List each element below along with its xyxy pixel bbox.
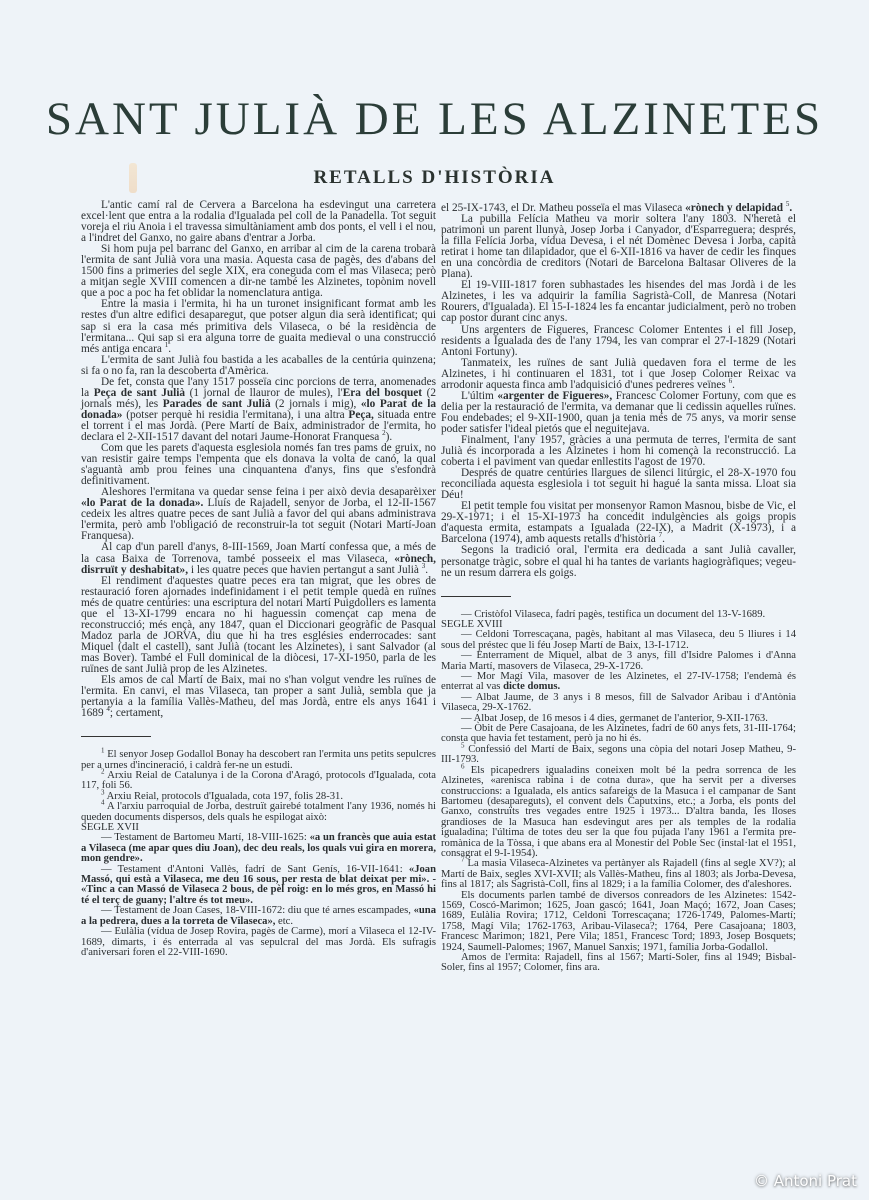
record-entry: — Òbit de Pere Casajoana, de les Alzinet… [441, 724, 796, 745]
paragraph: Al cap d'un parell d'anys, 8-III-1569, J… [81, 542, 436, 575]
footnote-divider [81, 736, 151, 737]
footnote: 5 Confessió del Martí de Baix, segons un… [441, 745, 796, 766]
footnote-divider [441, 596, 511, 597]
footnote: 7 La masia Vilaseca-Alzinetes va pertàny… [441, 859, 796, 890]
paragraph: El 19-VIII-1817 foren subhastades les hi… [441, 280, 796, 324]
record-entry: — Testament de Bartomeu Martí, 18-VIII-1… [81, 833, 436, 864]
paragraph: Segons la tradició oral, l'ermita era de… [441, 545, 796, 578]
paragraph: Els amos de cal Martí de Baix, mai no s'… [81, 675, 436, 719]
paragraph: Després de quatre centúries llargues de … [441, 468, 796, 501]
footnotes: 1 El senyor Josep Godallol Bonay ha desc… [81, 750, 436, 958]
paragraph: Uns argenters de Figueres, Francesc Colo… [441, 325, 796, 358]
left-column: L'antic camí ral de Cervera a Barcelona … [81, 200, 436, 958]
paragraph: Amos de l'ermita: Rajadell, fins al 1567… [441, 953, 796, 974]
paragraph: El rendiment d'aquestes quatre peces era… [81, 576, 436, 675]
paragraph: Si hom puja pel barranc del Ganxo, en ar… [81, 244, 436, 299]
record-entry: — Eulàlia (vídua de Josep Rovira, pagès … [81, 927, 436, 958]
footnote: 6 Els picapedrers igualadins coneixen mo… [441, 766, 796, 860]
record-entry: — Testament d'Antoni Vallès, fadrí de Sa… [81, 865, 436, 907]
footnote: 1 El senyor Josep Godallol Bonay ha desc… [81, 750, 436, 771]
record-entry: — Mor Magí Vila, masover de les Alzinete… [441, 672, 796, 693]
copyright-watermark: © Antoni Prat [754, 1172, 857, 1190]
paragraph: L'antic camí ral de Cervera a Barcelona … [81, 200, 436, 244]
page-title: SANT JULIÀ DE LES ALZINETES [0, 92, 869, 146]
page-subtitle: RETALLS D'HISTÒRIA [0, 167, 869, 189]
paragraph: De fet, consta que l'any 1517 posseïa ci… [81, 377, 436, 443]
record-entry: — Testament de Joan Cases, 18-VIII-1672:… [81, 906, 436, 927]
footnote: 2 Arxiu Reial de Catalunya i de la Coron… [81, 771, 436, 792]
paragraph: La pubilla Felícia Matheu va morir solte… [441, 214, 796, 280]
paragraph: Finalment, l'any 1957, gràcies a una per… [441, 435, 796, 468]
paragraph: Els documents parlen també de diversos c… [441, 891, 796, 953]
paragraph: El petit temple fou visitat per monsenyo… [441, 501, 796, 545]
paragraph: Tanmateix, les ruïnes de sant Julià qued… [441, 358, 796, 391]
paragraph: Com que les parets d'aquesta esglesiola … [81, 443, 436, 487]
paragraph: L'últim «argenter de Figueres», Francesc… [441, 391, 796, 435]
paragraph: Entre la masia i l'ermita, hi ha un turo… [81, 299, 436, 354]
right-column: el 25-IX-1743, el Dr. Matheu posseïa el … [441, 203, 796, 974]
record-entry: — Celdoni Torrescaçana, pagès, habitant … [441, 630, 796, 651]
footnotes-continued: — Cristòfol Vilaseca, fadrí pagès, testi… [441, 610, 796, 974]
paragraph: L'ermita de sant Julià fou bastida a les… [81, 355, 436, 377]
record-entry: — Albat Jaume, de 3 anys i 8 mesos, fill… [441, 693, 796, 714]
paragraph: Aleshores l'ermitana va quedar sense fei… [81, 487, 436, 542]
record-entry: — Enterrament de Miquel, albat de 3 anys… [441, 651, 796, 672]
footnote-ref: 1 [165, 341, 169, 349]
footnote: 4 A l'arxiu parroquial de Jorba, destruï… [81, 802, 436, 823]
